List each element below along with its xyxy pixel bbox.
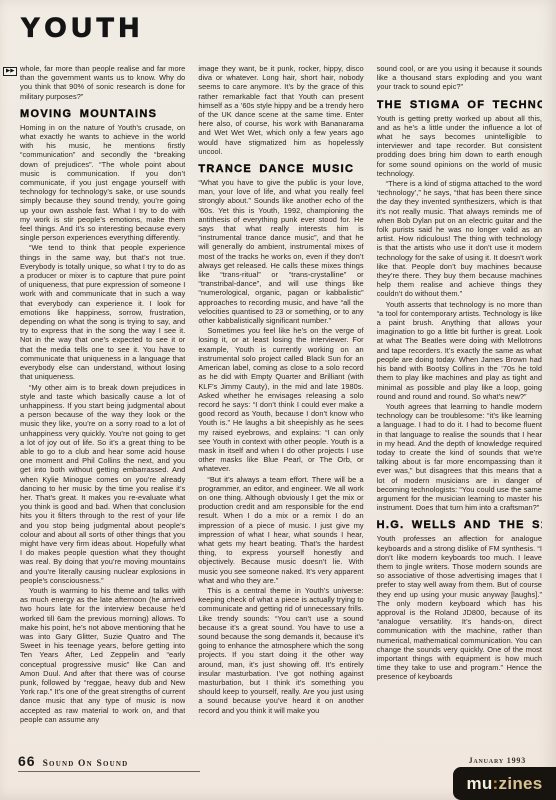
page-number: 66 <box>18 753 36 769</box>
folio: 66 Sound On Sound <box>18 753 200 772</box>
muzines-logo[interactable]: mu:zines <box>453 767 556 800</box>
article-title: YOUTH <box>21 13 144 43</box>
section-heading: MOVING MOUNTAINS <box>20 108 185 120</box>
article-paragraph: “We tend to think that people experience… <box>20 243 185 381</box>
issue-date: January 1993 <box>469 756 526 765</box>
article-column: whole, far more than people realise and … <box>20 64 185 758</box>
article-paragraph: Youth is getting pretty worked up about … <box>377 114 542 178</box>
magazine-name: Sound On Sound <box>43 759 129 769</box>
article-paragraph: “What you have to give the public is you… <box>198 178 363 325</box>
article-paragraph: Sometimes you feel like he’s on the verg… <box>198 326 363 473</box>
article-paragraph: Youth asserts that technology is no more… <box>377 300 542 401</box>
article-paragraph: image they want, be it punk, rocker, hip… <box>198 64 363 156</box>
article-paragraph: This is a central theme in Youth’s unive… <box>198 586 363 715</box>
article-body: whole, far more than people realise and … <box>20 64 542 758</box>
continuation-icon: ▶▶ <box>3 67 17 76</box>
article-paragraph: Homing in on the nature of Youth’s crusa… <box>20 123 185 243</box>
section-heading: H.G. WELLS AND THE S1000 <box>377 519 542 531</box>
article-paragraph: “My other aim is to break down prejudice… <box>20 383 185 585</box>
article-paragraph: Youth professes an affection for analogu… <box>377 534 542 681</box>
magazine-page: YOUTH ▶▶ whole, far more than people rea… <box>0 0 556 800</box>
section-heading: TRANCE DANCE MUSIC <box>198 163 363 175</box>
continuation-icon-glyph: ▶▶ <box>6 68 14 74</box>
logo-text-mu: mu <box>466 774 492 794</box>
article-paragraph: sound cool, or are you using it because … <box>377 64 542 92</box>
article-paragraph: Youth agrees that learning to handle mod… <box>377 402 542 512</box>
article-paragraph: whole, far more than people realise and … <box>20 64 185 101</box>
article-paragraph: “But it’s always a team effort. There wi… <box>198 475 363 585</box>
section-heading: THE STIGMA OF TECHNOLOGY <box>377 99 542 111</box>
article-paragraph: Youth is warming to his theme and talks … <box>20 586 185 724</box>
article-column: image they want, be it punk, rocker, hip… <box>198 64 363 758</box>
article-paragraph: “There is a kind of stigma attached to t… <box>377 179 542 299</box>
article-column: sound cool, or are you using it because … <box>377 64 542 758</box>
logo-text-zines: zines <box>499 774 543 794</box>
